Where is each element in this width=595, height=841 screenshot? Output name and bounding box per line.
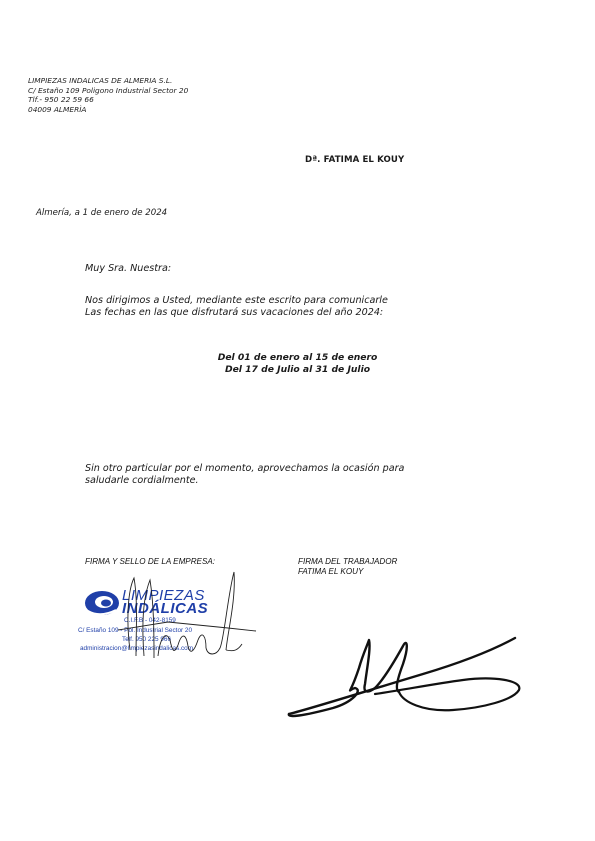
vacation-periods: Del 01 de enero al 15 de enero Del 17 de… xyxy=(0,352,595,375)
vacation-period: Del 01 de enero al 15 de enero xyxy=(0,352,595,364)
sender-city: 04009 ALMERÌA xyxy=(28,105,188,115)
body-line: Nos dirigimos a Usted, mediante este esc… xyxy=(85,295,388,307)
sender-street: C/ Estaño 109 Poligono Industrial Sector… xyxy=(28,86,188,96)
letter-body: Nos dirigimos a Usted, mediante este esc… xyxy=(85,295,388,318)
worker-name: FATIMA EL KOUY xyxy=(298,567,397,577)
sender-phone: Tlf.- 950 22 59 66 xyxy=(28,95,188,105)
worker-signature-block: FIRMA DEL TRABAJADOR FATIMA EL KOUY xyxy=(298,557,397,577)
closing-line: saludarle cordialmente. xyxy=(85,475,404,487)
worker-signature-scribble xyxy=(283,628,533,728)
vacation-period: Del 17 de Julio al 31 de Julio xyxy=(0,364,595,376)
closing-line: Sin otro particular por el momento, apro… xyxy=(85,463,404,475)
worker-signature-label: FIRMA DEL TRABAJADOR xyxy=(298,557,397,567)
letter-date: Almería, a 1 de enero de 2024 xyxy=(36,208,167,218)
company-signature-scribble xyxy=(78,560,278,670)
sender-address-block: LIMPIEZAS INDALICAS DE ALMERIA S.L. C/ E… xyxy=(28,76,188,114)
sender-company-name: LIMPIEZAS INDALICAS DE ALMERIA S.L. xyxy=(28,76,188,86)
recipient-name: Dª. FATIMA EL KOUY xyxy=(305,155,404,165)
body-line: Las fechas en las que disfrutará sus vac… xyxy=(85,307,388,319)
salutation: Muy Sra. Nuestra: xyxy=(85,263,171,274)
closing-paragraph: Sin otro particular por el momento, apro… xyxy=(85,463,404,486)
